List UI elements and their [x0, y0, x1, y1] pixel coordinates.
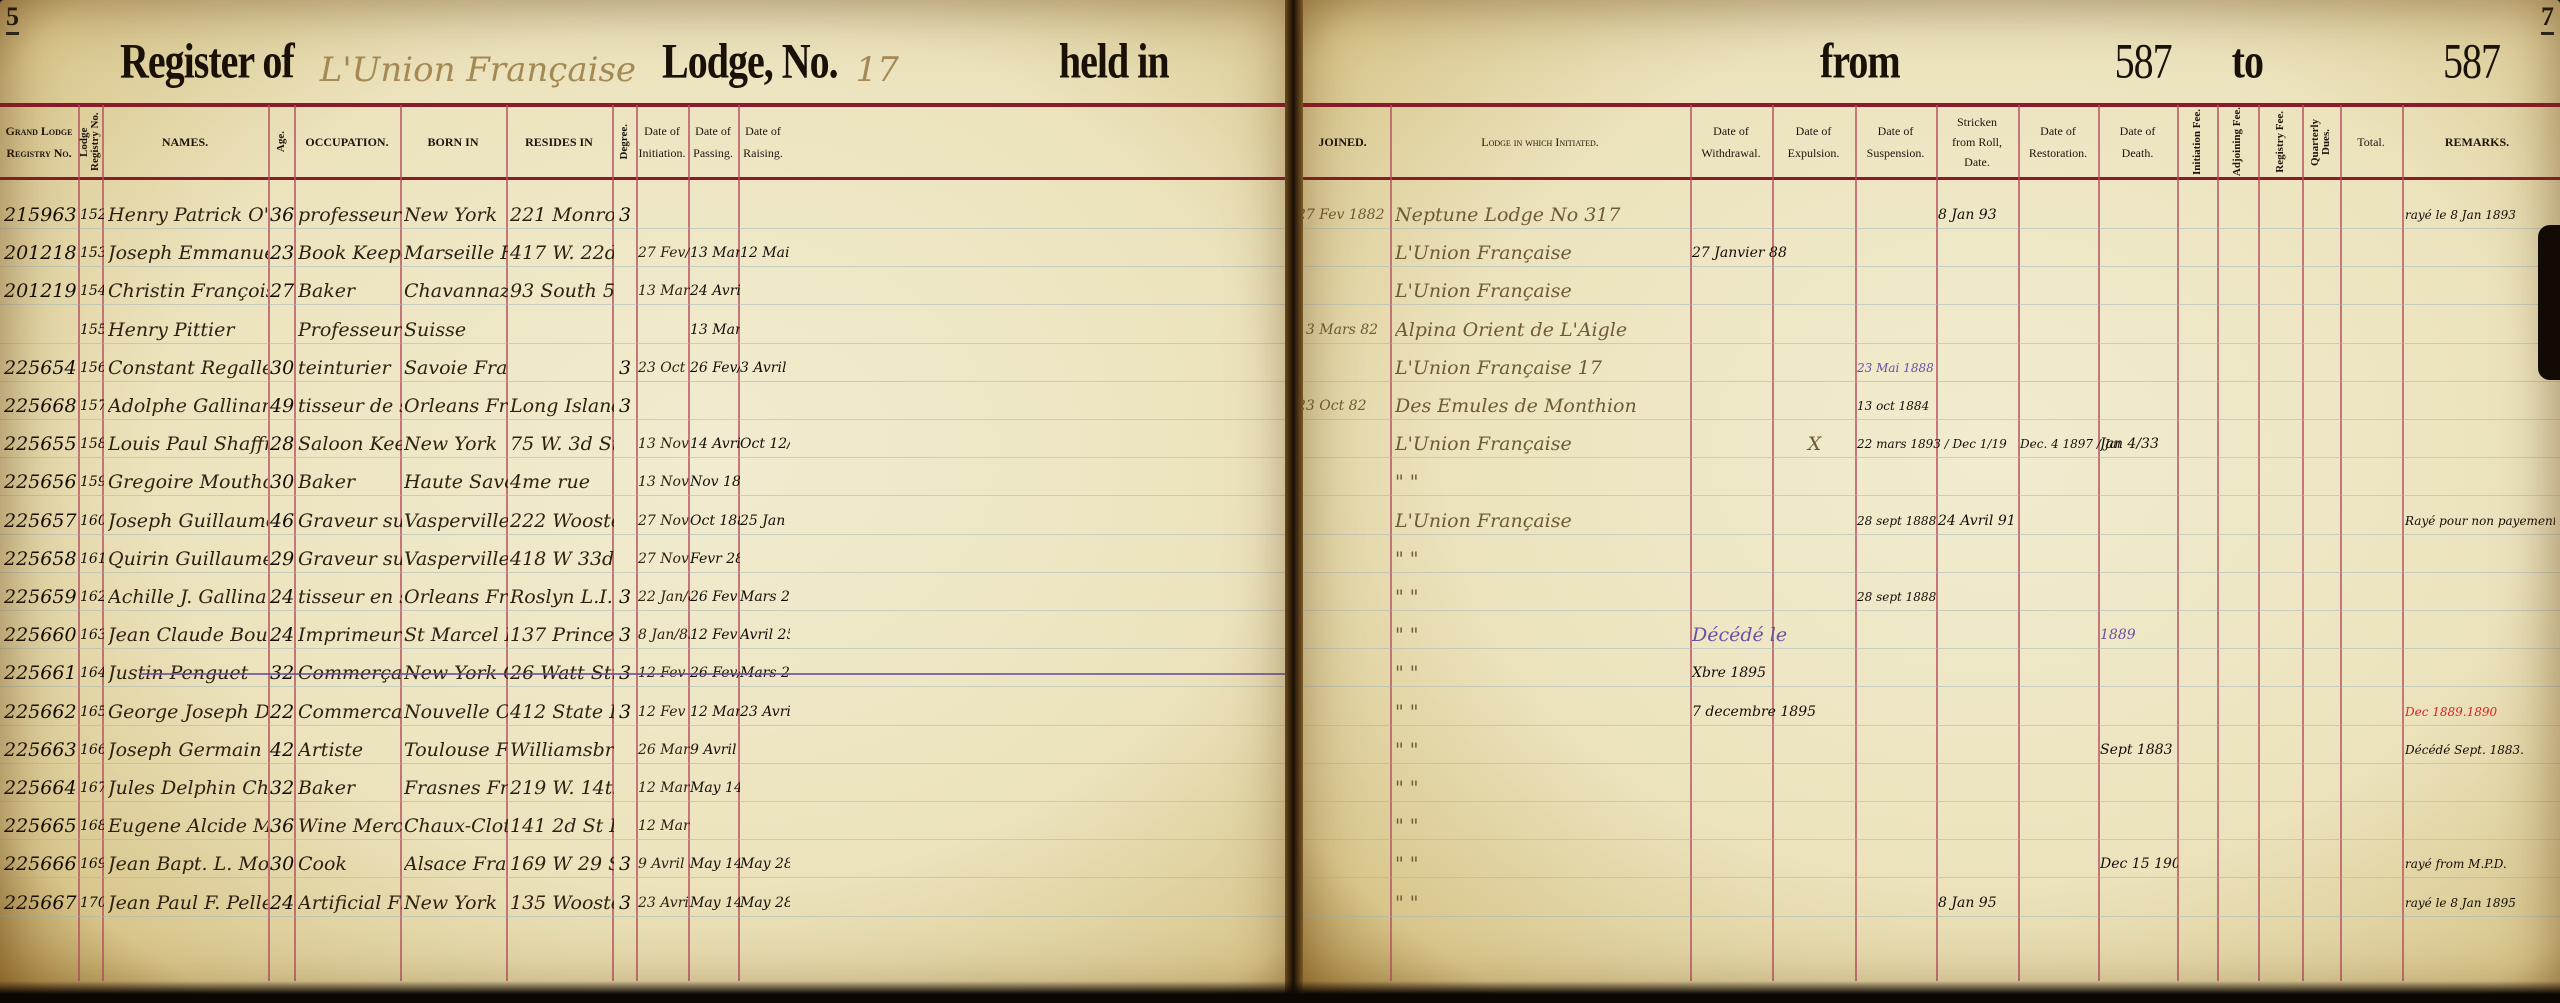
age-cell: 49 — [270, 389, 296, 423]
remarks-cell — [2405, 771, 2555, 805]
expulsion-date-cell — [1774, 695, 1855, 729]
title-from: from — [1820, 31, 1900, 90]
death-date-cell — [2100, 542, 2178, 576]
born-in-cell: Orleans France — [404, 389, 508, 423]
lodge-registry-cell: 160 — [80, 504, 104, 538]
degree-cell: 3 — [614, 198, 636, 232]
occupation-cell: Professeur — [298, 313, 402, 347]
column-divider — [2302, 105, 2304, 981]
header-text: Date of — [1713, 120, 1749, 142]
header-rule-bottom — [1295, 177, 2560, 180]
born-in-cell: Vasperviller France — [404, 504, 508, 538]
header-names: NAMES. — [102, 107, 268, 177]
stricken-date-cell: 24 Avril 91 — [1938, 504, 2018, 538]
resides-in-cell: 75 W. 3d St — [510, 427, 614, 461]
occupation-cell: Book Keeper — [298, 236, 402, 270]
born-in-cell: Vasperviller France — [404, 542, 508, 576]
lodge-initiated-cell: L'Union Française — [1395, 504, 1690, 538]
lodge-registry-cell: 157 — [80, 389, 104, 423]
remarks-cell — [2405, 389, 2555, 423]
joined-date-cell: 27 Fev 1882 — [1297, 198, 1390, 232]
name-cell: Joseph Germain Caron — [108, 733, 268, 767]
resides-in-cell: 219 W. 14th Street — [510, 771, 614, 805]
header-date-passing: Date of Passing. — [688, 107, 738, 177]
right-page: 7 from 587 to 587 JOINED. Lodge in which… — [1295, 0, 2560, 1003]
expulsion-date-cell: X — [1774, 427, 1855, 461]
joined-date-cell: 13 Mars 82 — [1297, 313, 1390, 347]
occupation-cell: Graveur sur verre — [298, 542, 402, 576]
joined-date-cell — [1297, 580, 1390, 614]
header-text: Stricken — [1957, 112, 1997, 132]
header-text: Degree. — [619, 124, 630, 160]
header-date-raising: Date of Raising. — [738, 107, 788, 177]
header-text: REMARKS. — [2445, 131, 2509, 153]
passing-date-cell: 13 Mars 82 — [690, 236, 740, 270]
passing-date-cell: May 14 — [690, 771, 740, 805]
degree-cell — [614, 465, 636, 499]
raising-date-cell: May 28 — [740, 886, 790, 920]
header-text: Death. — [2122, 142, 2154, 164]
joined-date-cell: 23 Oct 82 — [1297, 389, 1390, 423]
header-text: Date of — [745, 120, 781, 142]
degree-cell: 3 — [614, 580, 636, 614]
joined-date-cell — [1297, 465, 1390, 499]
degree-cell — [614, 542, 636, 576]
expulsion-date-cell — [1774, 389, 1855, 423]
raising-date-cell: 23 Avril 83 — [740, 695, 790, 729]
lodge-initiated-cell: " " — [1395, 618, 1690, 652]
header-stricken-from-roll: Stricken from Roll, Date. — [1936, 107, 2018, 177]
remarks-cell: Dec 1889.1890 — [2405, 695, 2555, 729]
name-cell: Christin François Bovil — [108, 274, 268, 308]
lodge-registry-cell: 166 — [80, 733, 104, 767]
raising-date-cell: Avril 25 — [740, 618, 790, 652]
remarks-cell — [2405, 656, 2555, 690]
header-text: Quarterly Dues. — [2310, 107, 2332, 177]
age-cell — [270, 313, 296, 347]
passing-date-cell: 26 Fev 83 — [690, 580, 740, 614]
lodge-registry-cell: 155 — [80, 313, 104, 347]
death-date-cell — [2100, 198, 2178, 232]
born-in-cell: Alsace France — [404, 847, 508, 881]
occupation-cell: Artiste — [298, 733, 402, 767]
left-page: 5 Register of L'Union Française Lodge, N… — [0, 0, 1295, 1003]
stricken-date-cell — [1938, 313, 2018, 347]
age-cell: 30 — [270, 465, 296, 499]
joined-date-cell — [1297, 236, 1390, 270]
resides-in-cell: 221 Monroe St. — [510, 198, 614, 232]
name-cell: George Joseph Dubois — [108, 695, 268, 729]
header-adjoining-fee: Adjoining Fee. — [2217, 107, 2258, 177]
joined-date-cell — [1297, 542, 1390, 576]
grand-lodge-registry-cell: 201219 — [4, 274, 78, 308]
death-date-cell — [2100, 504, 2178, 538]
title-register-of: Register of — [120, 31, 294, 90]
born-in-cell: Nouvelle Orleans — [404, 695, 508, 729]
age-cell: 36 — [270, 809, 296, 843]
initiation-date-cell: 9 Avril 83 — [638, 847, 690, 881]
initiation-date-cell: 23 Avril 83 — [638, 886, 690, 920]
header-date-death: Date of Death. — [2098, 107, 2177, 177]
remarks-cell: rayé le 8 Jan 1893 — [2405, 198, 2555, 232]
header-text: Date of — [1878, 120, 1914, 142]
header-text: Date of — [644, 120, 680, 142]
degree-cell — [614, 274, 636, 308]
occupation-cell: Commercant — [298, 695, 402, 729]
expulsion-date-cell — [1774, 274, 1855, 308]
death-date-cell — [2100, 695, 2178, 729]
expulsion-date-cell — [1774, 198, 1855, 232]
stricken-date-cell — [1938, 274, 2018, 308]
stricken-date-cell — [1938, 733, 2018, 767]
age-cell: 27 — [270, 274, 296, 308]
lodge-registry-cell: 169 — [80, 847, 104, 881]
header-age: Age. — [268, 107, 294, 177]
header-text: Initiation Fee. — [2192, 109, 2203, 175]
raising-date-cell — [740, 771, 790, 805]
resides-in-cell: 137 Prince St — [510, 618, 614, 652]
header-text: Total. — [2357, 131, 2385, 153]
title-lodge-name: L'Union Française — [320, 50, 636, 90]
book-gutter — [1285, 0, 1303, 1003]
stricken-date-cell — [1938, 580, 2018, 614]
age-cell: 42 — [270, 733, 296, 767]
lodge-initiated-cell: " " — [1395, 771, 1690, 805]
remarks-cell — [2405, 313, 2555, 347]
lodge-initiated-cell: " " — [1395, 733, 1690, 767]
header-lodge-registry: Lodge Registry No. — [78, 107, 102, 177]
degree-cell: 3 — [614, 389, 636, 423]
born-in-cell: Frasnes France — [404, 771, 508, 805]
grand-lodge-registry-cell: 225654 — [4, 351, 78, 385]
header-degree: Degree. — [612, 107, 636, 177]
resides-in-cell: 141 2d St Brooklyn — [510, 809, 614, 843]
name-cell: Joseph Guillaume — [108, 504, 268, 538]
resides-in-cell — [510, 351, 614, 385]
header-text: Lodge in which Initiated. — [1481, 131, 1599, 153]
header-date-suspension: Date of Suspension. — [1855, 107, 1936, 177]
remarks-cell — [2405, 580, 2555, 614]
stricken-date-cell: 8 Jan 95 — [1938, 886, 2018, 920]
grand-lodge-registry-cell: 225664 — [4, 771, 78, 805]
name-cell: Adolphe Gallinant — [108, 389, 268, 423]
grand-lodge-registry-cell: 215963 — [4, 198, 78, 232]
header-joined: JOINED. — [1295, 107, 1390, 177]
header-registry-fee: Registry Fee. — [2258, 107, 2302, 177]
expulsion-date-cell — [1774, 542, 1855, 576]
joined-date-cell — [1297, 274, 1390, 308]
grand-lodge-registry-cell: 225665 — [4, 809, 78, 843]
stricken-date-cell — [1938, 618, 2018, 652]
header-text: Lodge Registry No. — [79, 107, 101, 177]
column-divider — [2340, 105, 2342, 981]
stricken-date-cell: 8 Jan 93 — [1938, 198, 2018, 232]
death-date-cell — [2100, 886, 2178, 920]
resides-in-cell: Roslyn L.I. — [510, 580, 614, 614]
joined-date-cell — [1297, 618, 1390, 652]
name-cell: Jean Paul F. Pelletier — [108, 886, 268, 920]
raising-date-cell — [740, 389, 790, 423]
resides-in-cell: 93 South 5 avenue — [510, 274, 614, 308]
lodge-initiated-cell: " " — [1395, 465, 1690, 499]
grand-lodge-registry-cell: 225658 — [4, 542, 78, 576]
remarks-cell: rayé from M.P.D. — [2405, 847, 2555, 881]
occupation-cell: teinturier — [298, 351, 402, 385]
joined-date-cell — [1297, 886, 1390, 920]
remarks-cell — [2405, 427, 2555, 461]
initiation-date-cell: 23 Oct 82 — [638, 351, 690, 385]
degree-cell — [614, 733, 636, 767]
raising-date-cell: 3 Avril 23/83 — [740, 351, 790, 385]
grand-lodge-registry-cell: 225663 — [4, 733, 78, 767]
remarks-cell: Décédé Sept. 1883. — [2405, 733, 2555, 767]
header-text: Date of — [2120, 120, 2156, 142]
lodge-registry-cell: 161 — [80, 542, 104, 576]
raising-date-cell: 12 Mai 1885 — [740, 236, 790, 270]
column-divider — [2402, 105, 2404, 981]
occupation-cell: Wine Merchant — [298, 809, 402, 843]
passing-date-cell: 26 Fev/83 — [690, 351, 740, 385]
header-text: Passing. — [693, 142, 733, 164]
passing-date-cell — [690, 198, 740, 232]
raising-date-cell — [740, 809, 790, 843]
resides-in-cell: 169 W 29 Street — [510, 847, 614, 881]
death-date-cell — [2100, 465, 2178, 499]
initiation-date-cell: 27 Fev/82 — [638, 236, 690, 270]
resides-in-cell: 4me rue — [510, 465, 614, 499]
death-date-cell: Dec 15 1906 — [2100, 847, 2178, 881]
raising-date-cell: May 28 — [740, 847, 790, 881]
stricken-date-cell — [1938, 427, 2018, 461]
resides-in-cell: 417 W. 22d Street — [510, 236, 614, 270]
remarks-cell — [2405, 236, 2555, 270]
lodge-initiated-cell: Neptune Lodge No 317 — [1395, 198, 1690, 232]
expulsion-date-cell — [1774, 236, 1855, 270]
resides-in-cell: 135 Wooster — [510, 886, 614, 920]
header-grand-lodge-registry: Grand Lodge Registry No. — [0, 107, 78, 177]
name-cell: Louis Paul Shaffner — [108, 427, 268, 461]
lodge-registry-cell: 158 — [80, 427, 104, 461]
passing-date-cell: 9 Avril — [690, 733, 740, 767]
death-date-cell — [2100, 809, 2178, 843]
name-cell: Quirin Guillaume — [108, 542, 268, 576]
raising-date-cell — [740, 313, 790, 347]
death-date-cell — [2100, 274, 2178, 308]
header-text: NAMES. — [162, 131, 208, 153]
occupation-cell: Baker — [298, 465, 402, 499]
grand-lodge-registry-cell: 225661 — [4, 656, 78, 690]
lodge-registry-cell: 163 — [80, 618, 104, 652]
name-cell: Eugene Alcide Mirabel — [108, 809, 268, 843]
stricken-date-cell — [1938, 771, 2018, 805]
section-divider-line — [140, 673, 1290, 675]
name-cell: Jean Bapt. L. Mouret — [108, 847, 268, 881]
expulsion-date-cell — [1774, 771, 1855, 805]
lodge-initiated-cell: " " — [1395, 695, 1690, 729]
header-text: Registry Fee. — [2275, 111, 2286, 173]
death-date-cell — [2100, 580, 2178, 614]
grand-lodge-registry-cell: 225659 — [4, 580, 78, 614]
stricken-date-cell — [1938, 695, 2018, 729]
page-tab-marker — [2538, 225, 2560, 380]
name-cell: Achille J. Gallinant — [108, 580, 268, 614]
lodge-registry-cell: 152 — [80, 198, 104, 232]
lodge-initiated-cell: Des Emules de Monthion — [1395, 389, 1690, 423]
stricken-date-cell — [1938, 809, 2018, 843]
initiation-date-cell: 22 Jan/83 — [638, 580, 690, 614]
degree-cell: 3 — [614, 351, 636, 385]
degree-cell — [614, 427, 636, 461]
header-rule-bottom — [0, 177, 1295, 180]
remarks-cell — [2405, 274, 2555, 308]
name-cell: Henry Patrick O'Neil — [108, 198, 268, 232]
resides-in-cell: 418 W 33d St — [510, 542, 614, 576]
degree-cell — [614, 809, 636, 843]
grand-lodge-registry-cell: 225657 — [4, 504, 78, 538]
column-divider — [2217, 105, 2219, 981]
initiation-date-cell — [638, 389, 690, 423]
initiation-date-cell: 12 Fev 1883 — [638, 695, 690, 729]
death-date-cell — [2100, 771, 2178, 805]
expulsion-date-cell — [1774, 847, 1855, 881]
lodge-registry-cell: 165 — [80, 695, 104, 729]
header-text: Date. — [1964, 152, 1990, 172]
grand-lodge-registry-cell: 225667 — [4, 886, 78, 920]
degree-cell — [614, 504, 636, 538]
death-date-cell — [2100, 351, 2178, 385]
stricken-date-cell — [1938, 847, 2018, 881]
grand-lodge-registry-cell: 225656 — [4, 465, 78, 499]
resides-in-cell: Long Island — [510, 389, 614, 423]
header-text: OCCUPATION. — [305, 131, 388, 153]
born-in-cell: Savoie France — [404, 351, 508, 385]
raising-date-cell — [740, 198, 790, 232]
occupation-cell: Artificial Flower — [298, 886, 402, 920]
expulsion-date-cell — [1774, 733, 1855, 767]
header-quarterly-dues: Quarterly Dues. — [2302, 107, 2340, 177]
initiation-date-cell: 12 Mars 83 — [638, 771, 690, 805]
header-text: Date of — [695, 120, 731, 142]
stricken-date-cell — [1938, 351, 2018, 385]
born-in-cell: New York — [404, 198, 508, 232]
degree-cell — [614, 771, 636, 805]
age-cell: 29 — [270, 542, 296, 576]
title-to: to — [2232, 31, 2263, 90]
born-in-cell: Haute Savoie — [404, 465, 508, 499]
header-text: Restoration. — [2029, 142, 2087, 164]
raising-date-cell — [740, 465, 790, 499]
lodge-initiated-cell: " " — [1395, 847, 1690, 881]
occupation-cell: Saloon Keeper — [298, 427, 402, 461]
expulsion-date-cell — [1774, 465, 1855, 499]
remarks-cell — [2405, 351, 2555, 385]
degree-cell: 3 — [614, 886, 636, 920]
name-cell: Gregoire Mouthon — [108, 465, 268, 499]
raising-date-cell: 25 Jan 1884 — [740, 504, 790, 538]
initiation-date-cell: 13 Nov 82 — [638, 465, 690, 499]
age-cell: 24 — [270, 618, 296, 652]
death-date-cell — [2100, 236, 2178, 270]
name-cell: Henry Pittier — [108, 313, 268, 347]
age-cell: 30 — [270, 351, 296, 385]
initiation-date-cell: 13 Nov 82 — [638, 427, 690, 461]
passing-date-cell: Oct 1883 — [690, 504, 740, 538]
born-in-cell: Suisse — [404, 313, 508, 347]
header-text: Age. — [276, 131, 287, 152]
occupation-cell: Baker — [298, 771, 402, 805]
stricken-date-cell — [1938, 542, 2018, 576]
degree-cell — [614, 236, 636, 270]
lodge-initiated-cell: " " — [1395, 886, 1690, 920]
death-date-cell — [2100, 313, 2178, 347]
occupation-cell: tisseur de soie — [298, 389, 402, 423]
title-lodge-label: Lodge, No. — [662, 31, 838, 90]
passing-date-cell: May 14 — [690, 847, 740, 881]
lodge-registry-cell: 159 — [80, 465, 104, 499]
header-date-withdrawal: Date of Withdrawal. — [1690, 107, 1772, 177]
header-text: Adjoining Fee. — [2232, 107, 2243, 176]
passing-date-cell: Nov 1883 — [690, 465, 740, 499]
book-bottom-edge — [0, 981, 2560, 1003]
name-cell: Jean Claude Bouthier — [108, 618, 268, 652]
header-text: Expulsion. — [1788, 142, 1840, 164]
occupation-cell: Baker — [298, 274, 402, 308]
death-date-cell: Sept 1883 — [2100, 733, 2178, 767]
degree-cell: 3 — [614, 847, 636, 881]
raising-date-cell — [740, 542, 790, 576]
lodge-initiated-cell: " " — [1395, 580, 1690, 614]
header-text: Date of — [1796, 120, 1832, 142]
age-cell: 32 — [270, 771, 296, 805]
lodge-initiated-cell: L'Union Française — [1395, 274, 1690, 308]
name-cell: Constant Regallet — [108, 351, 268, 385]
lodge-initiated-cell: " " — [1395, 656, 1690, 690]
remarks-cell — [2405, 542, 2555, 576]
grand-lodge-registry-cell: 201218 — [4, 236, 78, 270]
initiation-date-cell: 26 Mars — [638, 733, 690, 767]
header-text: RESIDES IN — [525, 131, 593, 153]
header-born-in: BORN IN — [400, 107, 506, 177]
lodge-registry-cell: 170 — [80, 886, 104, 920]
lodge-initiated-cell: " " — [1395, 542, 1690, 576]
joined-date-cell — [1297, 847, 1390, 881]
header-total: Total. — [2340, 107, 2402, 177]
born-in-cell: Marseille France — [404, 236, 508, 270]
born-in-cell: Chavannaz Savoie — [404, 274, 508, 308]
stricken-date-cell — [1938, 236, 2018, 270]
degree-cell: 3 — [614, 618, 636, 652]
lodge-registry-cell: 168 — [80, 809, 104, 843]
age-cell: 46 — [270, 504, 296, 538]
joined-date-cell — [1297, 733, 1390, 767]
age-cell: 24 — [270, 580, 296, 614]
title-lodge-number: 17 — [856, 50, 899, 90]
age-cell: 28 — [270, 427, 296, 461]
header-text: Registry No. — [6, 142, 71, 164]
age-cell: 22 — [270, 695, 296, 729]
occupation-cell: Cook — [298, 847, 402, 881]
expulsion-date-cell — [1774, 580, 1855, 614]
occupation-cell: Graveur sur verre — [298, 504, 402, 538]
grand-lodge-registry-cell: 225662 — [4, 695, 78, 729]
title-held-in: held in — [1059, 31, 1169, 90]
occupation-cell: tisseur en soie — [298, 580, 402, 614]
grand-lodge-registry-cell — [4, 313, 78, 347]
header-text: Suspension. — [1867, 142, 1925, 164]
header-text: JOINED. — [1318, 131, 1366, 153]
passing-date-cell — [690, 389, 740, 423]
remarks-cell — [2405, 809, 2555, 843]
